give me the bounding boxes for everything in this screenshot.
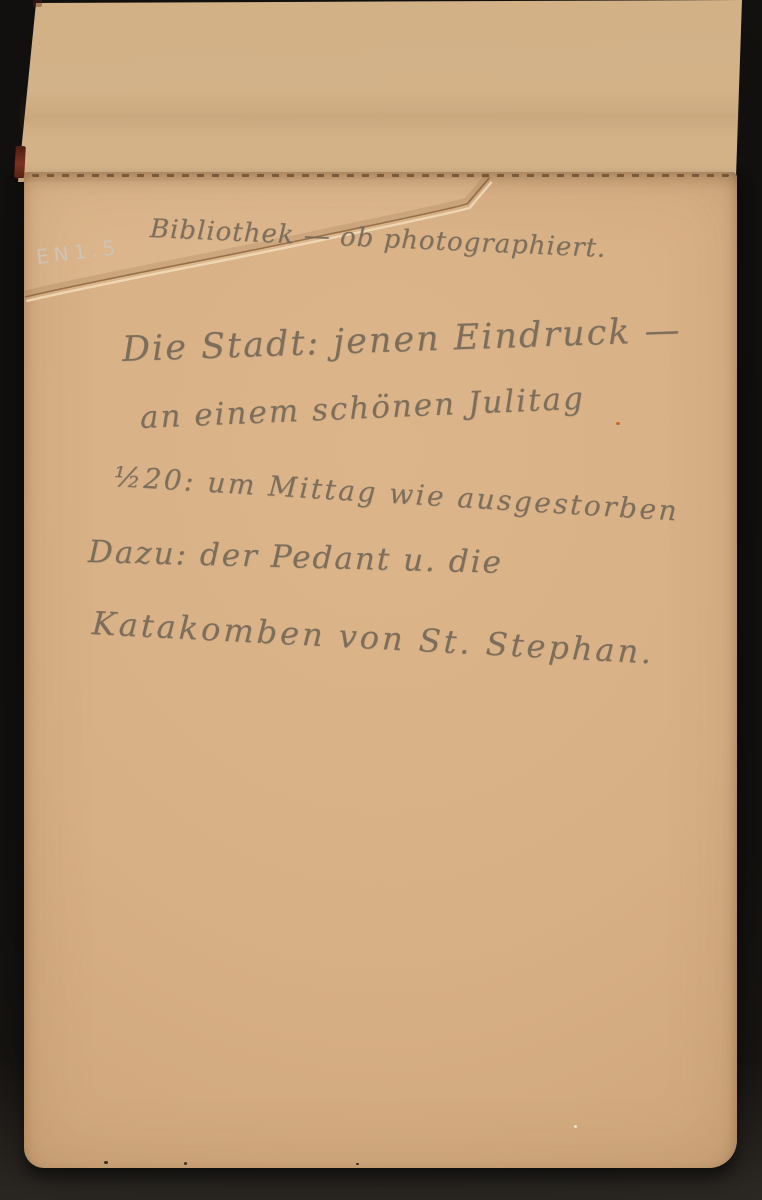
perforation-line xyxy=(32,174,729,177)
paper-fleck xyxy=(616,422,620,425)
binding-red-corner xyxy=(33,0,42,7)
photo-backdrop: EN1.5 Bibliothek — ob photographiert. Di… xyxy=(0,0,762,1200)
paper-speck xyxy=(574,1125,577,1128)
paper-speck xyxy=(184,1162,187,1165)
paper-speck xyxy=(356,1163,359,1165)
paper-speck xyxy=(104,1161,108,1164)
stub-crease xyxy=(20,92,740,138)
